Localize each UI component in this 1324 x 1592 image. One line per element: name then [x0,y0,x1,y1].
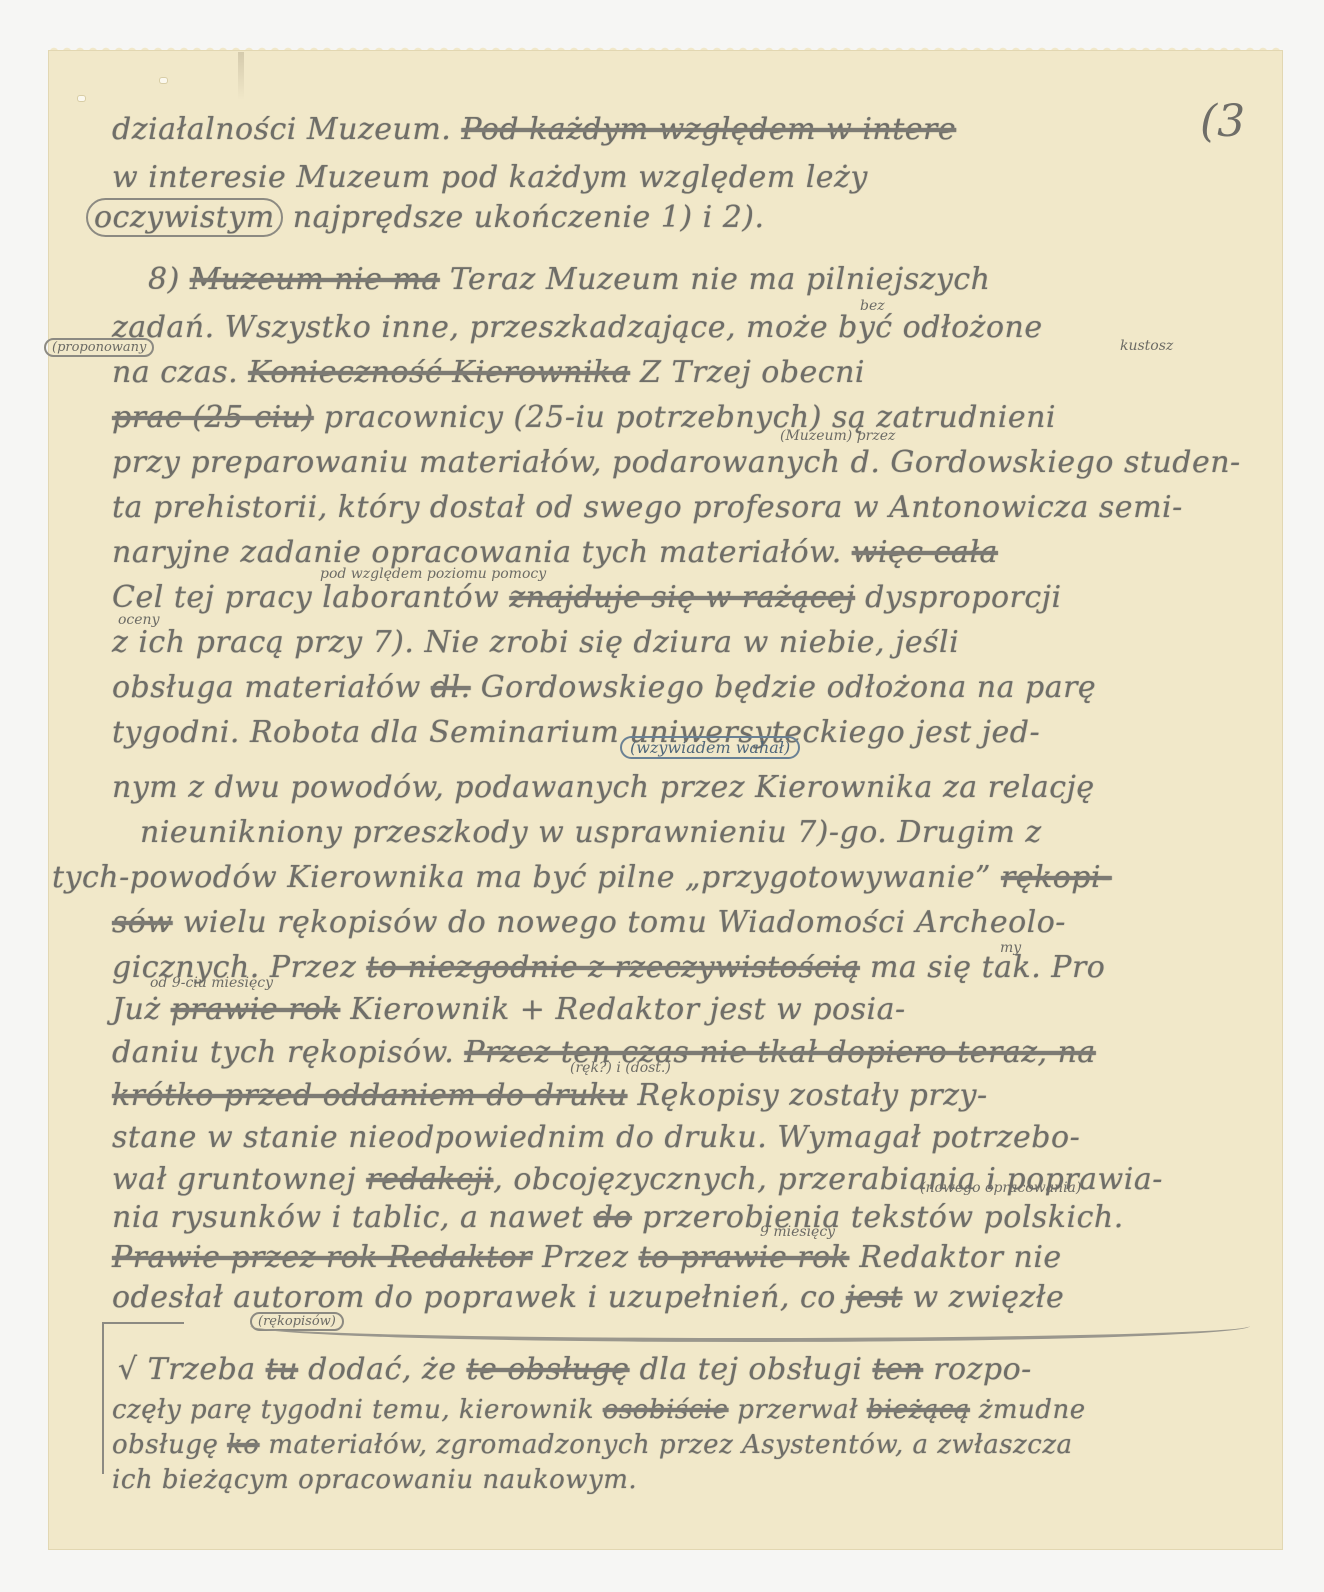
deleted-text: ko [227,1430,259,1460]
ms-line: ta prehistorii, który dostał od swego pr… [112,490,1183,525]
deleted-text: Przez ten czas nie tkał dopiero teraz, n… [464,1035,1096,1070]
check-mark-icon: √ [118,1352,138,1387]
interlinear-insertion: kustosz [1120,338,1173,354]
deleted-text: krótko przed oddaniem do druku [112,1078,627,1113]
page-number: (3 [1200,96,1245,147]
circled-word: oczywistym [86,198,283,237]
deleted-text: to prawie rok [639,1240,850,1275]
deleted-text: sów [112,905,173,940]
ms-line: Cel tej pracy laborantów znajduje się w … [112,580,1062,615]
footnote-line: częły parę tygodni temu, kierownik osobi… [112,1395,1086,1425]
deleted-text: tu [266,1352,298,1387]
ms-line: tygodni. Robota dla Seminarium uniwersyt… [112,715,1040,750]
ms-line: w interesie Muzeum pod każdym względem l… [112,160,868,195]
ms-line: stane w stanie nieodpowiednim do druku. … [112,1120,1080,1155]
ms-line: nieunikniony przeszkody w usprawnieniu 7… [140,815,1042,850]
deleted-text: dl. [431,670,471,705]
deleted-text: osobiście [603,1395,729,1425]
ms-line: nia rysunków i tablic, a nawet do przero… [112,1200,1124,1235]
deleted-text: redakcji [366,1162,493,1197]
interlinear-insertion: 9 miesięcy [760,1224,835,1240]
ms-line: działalności Muzeum. Pod każdym względem… [112,112,956,147]
blue-ink-insertion: (wzywiadem wahał) [620,736,800,759]
ms-line: krótko przed oddaniem do druku Rękopisy … [112,1078,988,1113]
ms-line: prac (25-ciu) pracownicy (25-iu potrzebn… [112,400,1056,435]
footnote-line: obsługę ko materiałów, zgromadzonych prz… [112,1430,1073,1460]
deleted-text: Prawie przez rok Redaktor [112,1240,532,1275]
footnote-line: ich bieżącym opracowaniu naukowym. [112,1465,637,1495]
deleted-text: te obsługę [467,1352,630,1387]
deleted-text: ten [873,1352,924,1387]
interlinear-insertion: od 9-ciu miesięcy [150,975,273,991]
deleted-text: Pod każdym względem w intere [461,112,956,147]
ms-line: przy preparowaniu materiałów, podarowany… [112,445,1241,480]
interlinear-insertion: (nowego opracowania) [920,1180,1081,1196]
deleted-text: prac (25-ciu) [112,400,314,435]
ms-line: sów wielu rękopisów do nowego tomu Wiado… [112,905,1066,940]
ms-line: Już prawie rok Kierownik + Redaktor jest… [112,992,906,1027]
separator-curve [250,1310,1250,1342]
ms-line: nym z dwu powodów, podawanych przez Kier… [112,770,1095,805]
manuscript-text: (3 działalności Muzeum. Pod każdym wzglę… [0,0,1324,1592]
ms-line: oczywistym najprędsze ukończenie 1) i 2)… [86,200,765,235]
deleted-text: to niezgodnie z rzeczywistością [366,950,860,985]
footnote-line: √ Trzeba tu dodać, że te obsługę dla tej… [118,1352,1032,1387]
interlinear-insertion: (Muzeum) przez [780,428,895,444]
ms-line: 8) Muzeum nie ma Teraz Muzeum nie ma pil… [148,262,990,297]
deleted-text: do [594,1200,632,1235]
deleted-text: więc cała [852,535,998,570]
deleted-text: prawie rok [171,992,341,1027]
ms-line: na czas. Konieczność Kierownika Z Trzej … [112,355,865,390]
deleted-text: rękopi- [1001,860,1112,895]
ms-line: Prawie przez rok Redaktor Przez to prawi… [112,1240,1062,1275]
interlinear-insertion: (ręk?) i (dost.) [570,1060,671,1076]
ms-line: z ich pracą przy 7). Nie zrobi się dziur… [112,625,959,660]
deleted-text: znajduje się w rażącej [509,580,855,615]
ms-line: naryjne zadanie opracowania tych materia… [112,535,998,570]
ms-line: tych-powodów Kierownika ma być pilne „pr… [52,860,1112,895]
deleted-text: Konieczność Kierownika [248,355,630,390]
deleted-text: Muzeum nie ma [190,262,440,297]
ms-line: zadań. Wszystko inne, przeszkadzające, m… [112,310,1043,345]
deleted-text: bieżącą [867,1395,970,1425]
ms-line: obsługa materiałów dl. Gordowskiego będz… [112,670,1096,705]
